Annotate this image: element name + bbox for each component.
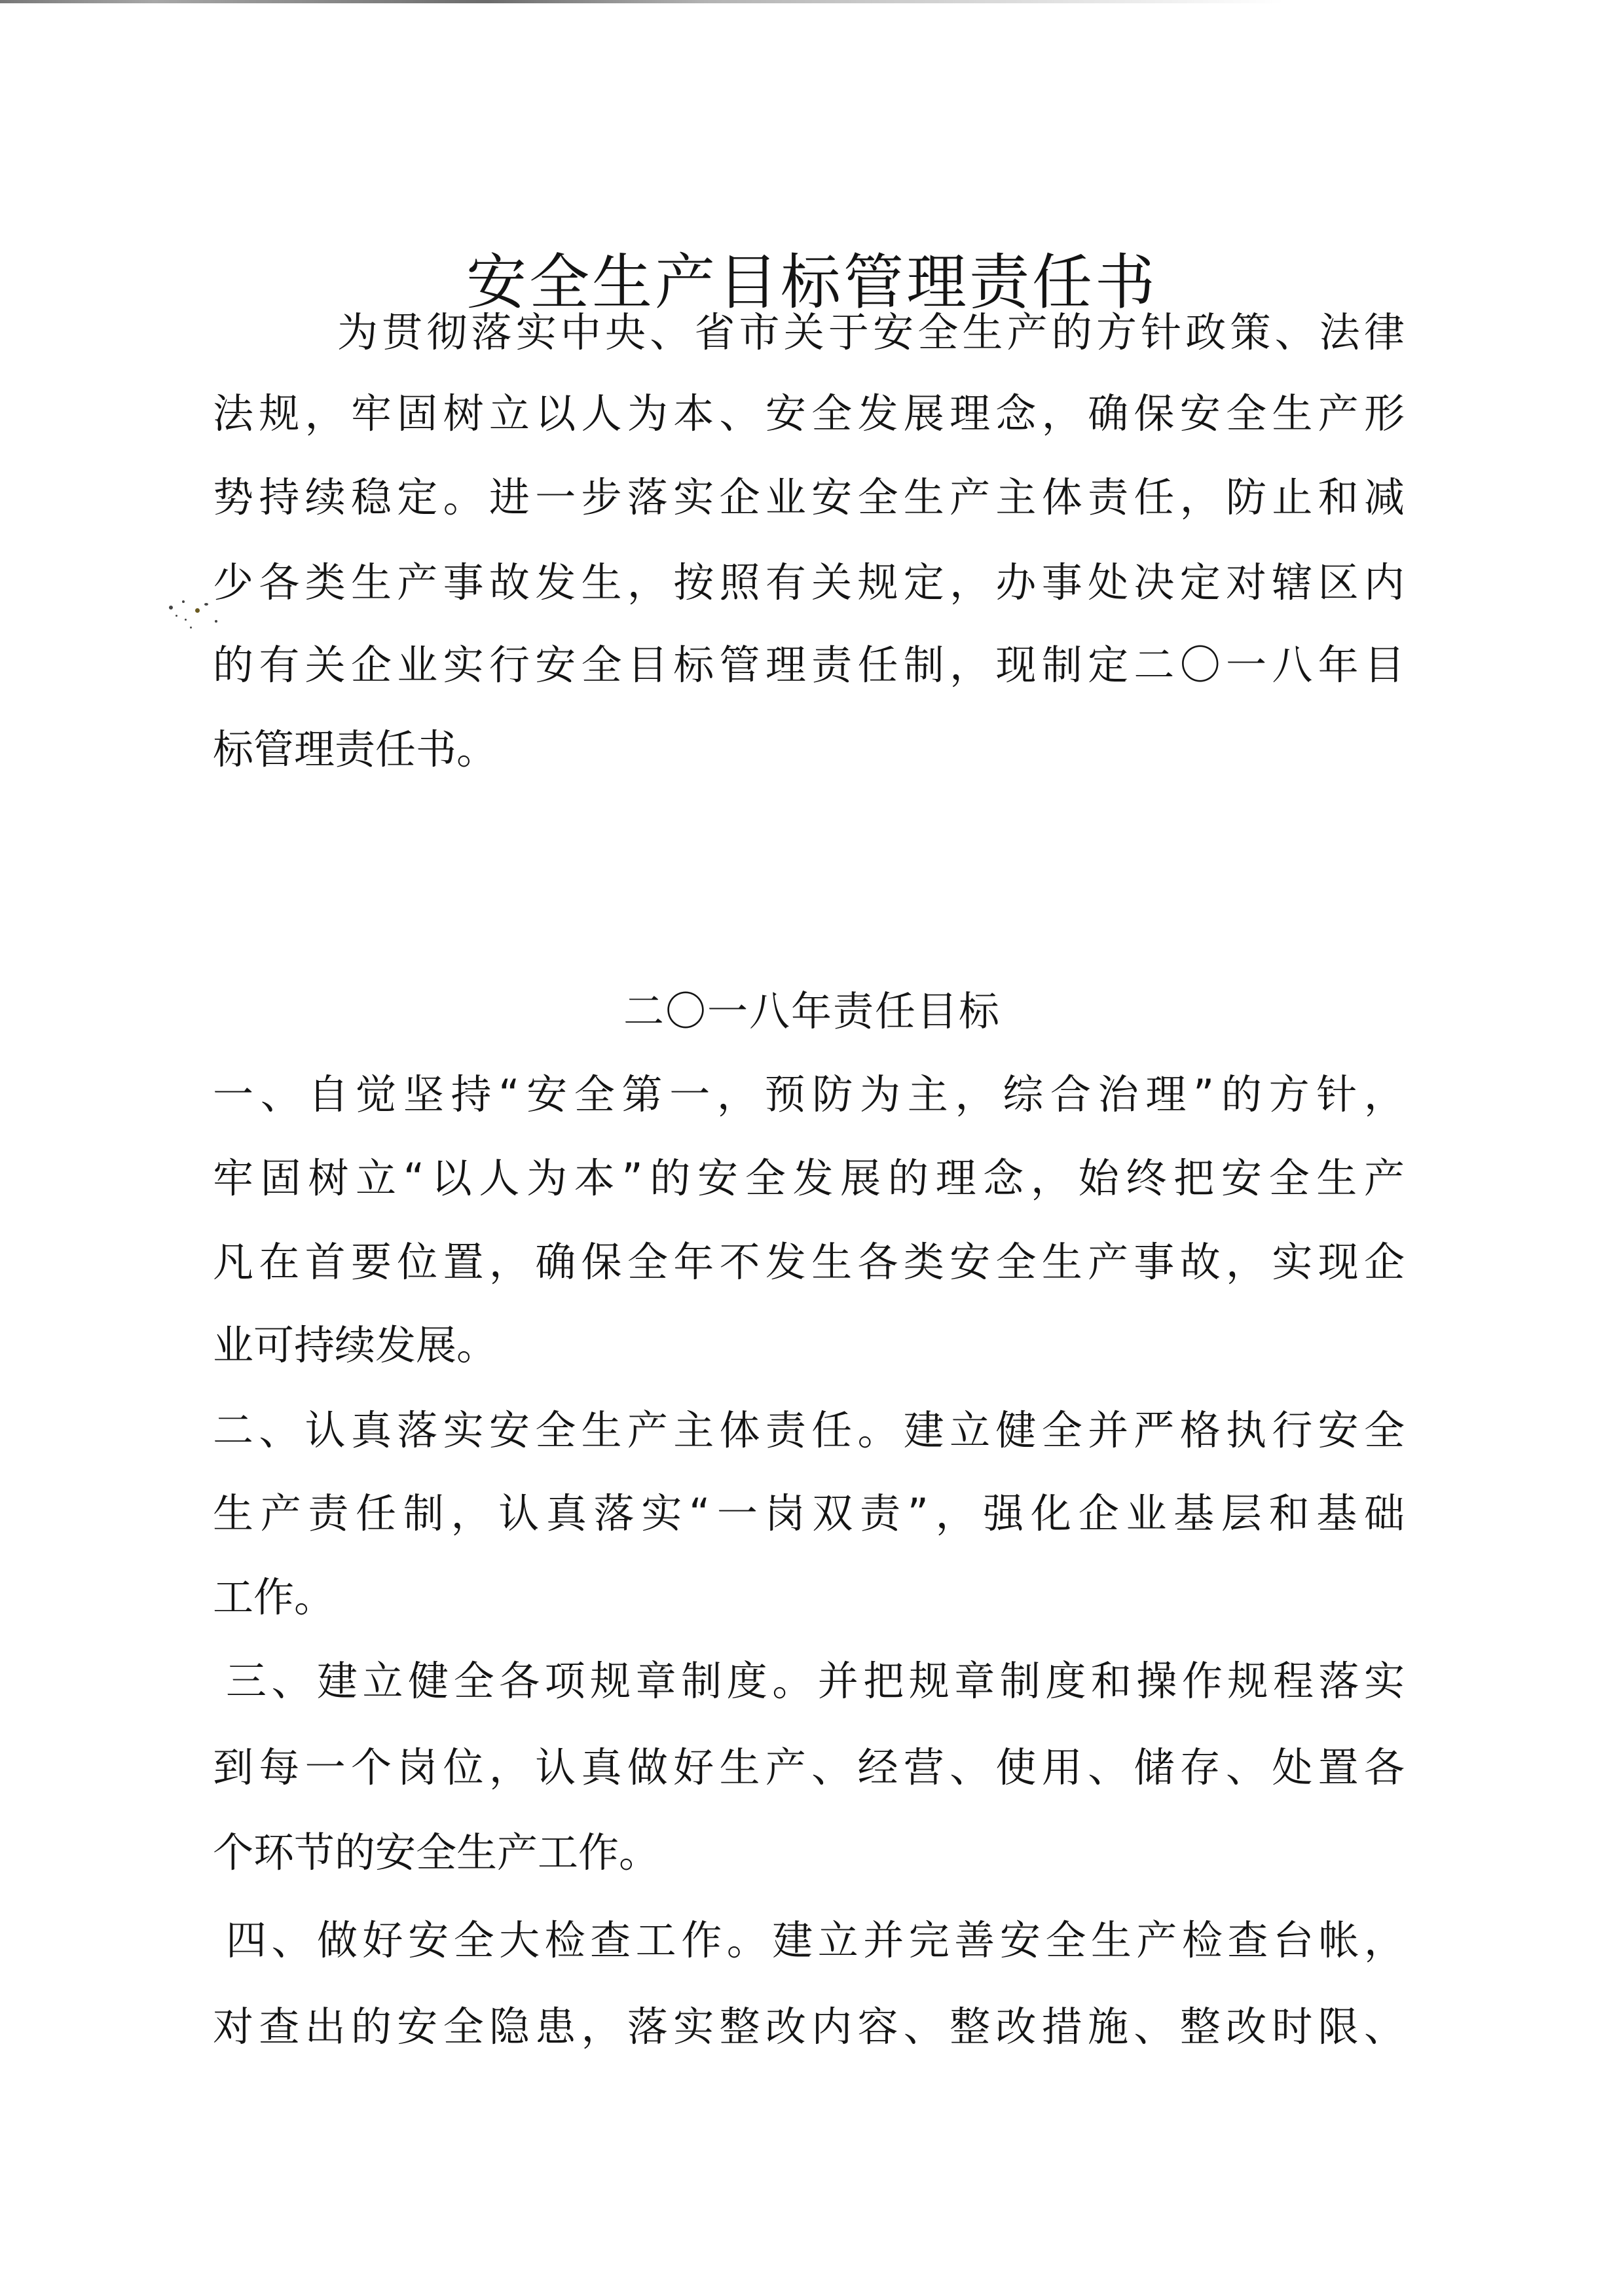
item-3-line-3: 个环节的安全生产工作。 [213,1827,1405,1879]
item-3-line-1: 三、建立健全各项规章制度。并把规章制度和操作规程落实 [226,1655,1405,1707]
intro-line-5: 的有关企业实行安全目标管理责任制，现制定二〇一八年目 [213,639,1405,691]
item-3-line-2: 到每一个岗位，认真做好生产、经营、使用、储存、处置各 [213,1741,1405,1794]
section-title: 二〇一八年责任目标 [0,985,1624,1038]
intro-line-3: 势持续稳定。进一步落实企业安全生产主体责任，防止和减 [213,471,1405,524]
item-1-line-3: 凡在首要位置，确保全年不发生各类安全生产事故，实现企 [213,1236,1405,1288]
intro-line-4: 少各类生产事故发生，按照有关规定，办事处决定对辖区内 [213,556,1405,609]
intro-line-2: 法规，牢固树立以人为本、安全发展理念，确保安全生产形 [213,388,1405,440]
item-4-line-2: 对查出的安全隐患，落实整改内容、整改措施、整改时限、 [213,2001,1405,2053]
item-2-line-3: 工作。 [213,1571,1405,1624]
item-2-line-2: 生产责任制，认真落实“一岗双责”，强化企业基层和基础 [213,1487,1405,1540]
item-1-line-2: 牢固树立“以人为本”的安全发展的理念，始终把安全生产 [213,1152,1405,1205]
item-4-line-1: 四、做好安全大检查工作。建立并完善安全生产检查台帐， [226,1914,1405,1967]
item-1-line-1: 一、自觉坚持“安全第一，预防为主，综合治理”的方针， [213,1068,1405,1121]
intro-line-1: 为贯彻落实中央、省市关于安全生产的方针政策、法律 [213,306,1405,359]
scan-top-edge-artifact [0,0,1283,3]
item-2-line-1: 二、认真落实安全生产主体责任。建立健全并严格执行安全 [213,1404,1405,1457]
intro-line-6: 标管理责任书。 [213,723,1405,776]
item-1-line-4: 业可持续发展。 [213,1319,1405,1372]
